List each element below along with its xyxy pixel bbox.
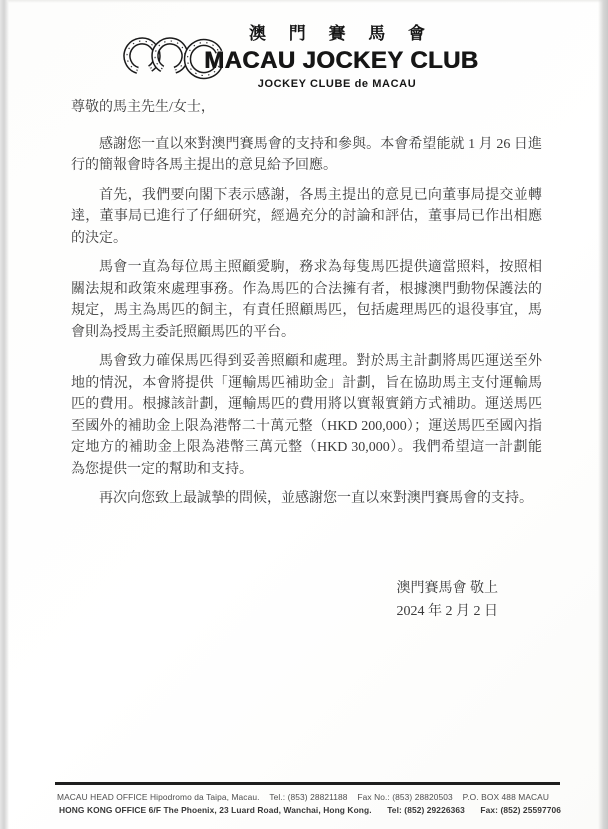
footer-line-hongkong-office: HONG KONG OFFICE 6/F The Phoenix, 23 Lua…: [59, 805, 561, 815]
letterhead: 澳 門 賽 馬 會 MACAU JOCKEY CLUB JOCKEY CLUBE…: [0, 0, 608, 100]
footer-line-macau-office: MACAU HEAD OFFICE Hipodromo da Taipa, Ma…: [57, 792, 549, 802]
scanned-letter-page: 澳 門 賽 馬 會 MACAU JOCKEY CLUB JOCKEY CLUBE…: [0, 0, 608, 829]
club-name-portuguese: JOCKEY CLUBE de MACAU: [204, 78, 470, 90]
footer-segment: Fax: (852) 25597706: [480, 805, 561, 815]
signature-date: 2024 年 2 月 2 日: [397, 600, 499, 623]
footer-segment: Tel.: (853) 28821188: [269, 792, 347, 802]
scan-edge-right: [598, 0, 608, 829]
scan-edge-left: [0, 0, 9, 829]
letter-body: 尊敬的馬主先生/女士， 感謝您一直以來對澳門賽馬會的支持和參與。本會希望能就 1…: [71, 97, 542, 510]
signature-name: 澳門賽馬會 敬上: [397, 577, 499, 600]
letter-paragraph: 馬會致力確保馬匹得到妥善照顧和處理。對於馬主計劃將馬匹運送至外地的情況，本會將提…: [71, 351, 542, 480]
letter-paragraph: 馬會一直為每位馬主照顧愛駒，務求為每隻馬匹提供適當照料，按照相關法規和政策來處理…: [71, 257, 542, 343]
signature-block: 澳門賽馬會 敬上 2024 年 2 月 2 日: [397, 577, 499, 623]
salutation: 尊敬的馬主先生/女士，: [71, 97, 542, 119]
club-name-english: MACAU JOCKEY CLUB: [204, 47, 470, 75]
footer-segment: HONG KONG OFFICE 6/F The Phoenix, 23 Lua…: [59, 805, 372, 815]
letterhead-titles: 澳 門 賽 馬 會 MACAU JOCKEY CLUB JOCKEY CLUBE…: [204, 19, 470, 90]
footer-segment: P.O. BOX 488 MACAU: [463, 792, 549, 802]
club-name-chinese: 澳 門 賽 馬 會: [213, 19, 470, 44]
letter-paragraph: 首先，我們要向閣下表示感謝，各馬主提出的意見已向董事局提交並轉達，董事局已進行了…: [71, 185, 542, 250]
footer-segment: MACAU HEAD OFFICE Hipodromo da Taipa, Ma…: [57, 792, 260, 802]
footer-segment: Tel: (852) 29226363: [387, 805, 465, 815]
letter-footer: MACAU HEAD OFFICE Hipodromo da Taipa, Ma…: [0, 782, 608, 815]
footer-segment: Fax No.: (853) 28820503: [357, 792, 452, 802]
letter-paragraphs: 感謝您一直以來對澳門賽馬會的支持和參與。本會希望能就 1 月 26 日進行的簡報…: [71, 134, 542, 510]
letter-paragraph: 感謝您一直以來對澳門賽馬會的支持和參與。本會希望能就 1 月 26 日進行的簡報…: [71, 134, 542, 177]
footer-rule: [55, 782, 560, 785]
letter-paragraph: 再次向您致上最誠摯的問候，並感謝您一直以來對澳門賽馬會的支持。: [71, 488, 542, 510]
